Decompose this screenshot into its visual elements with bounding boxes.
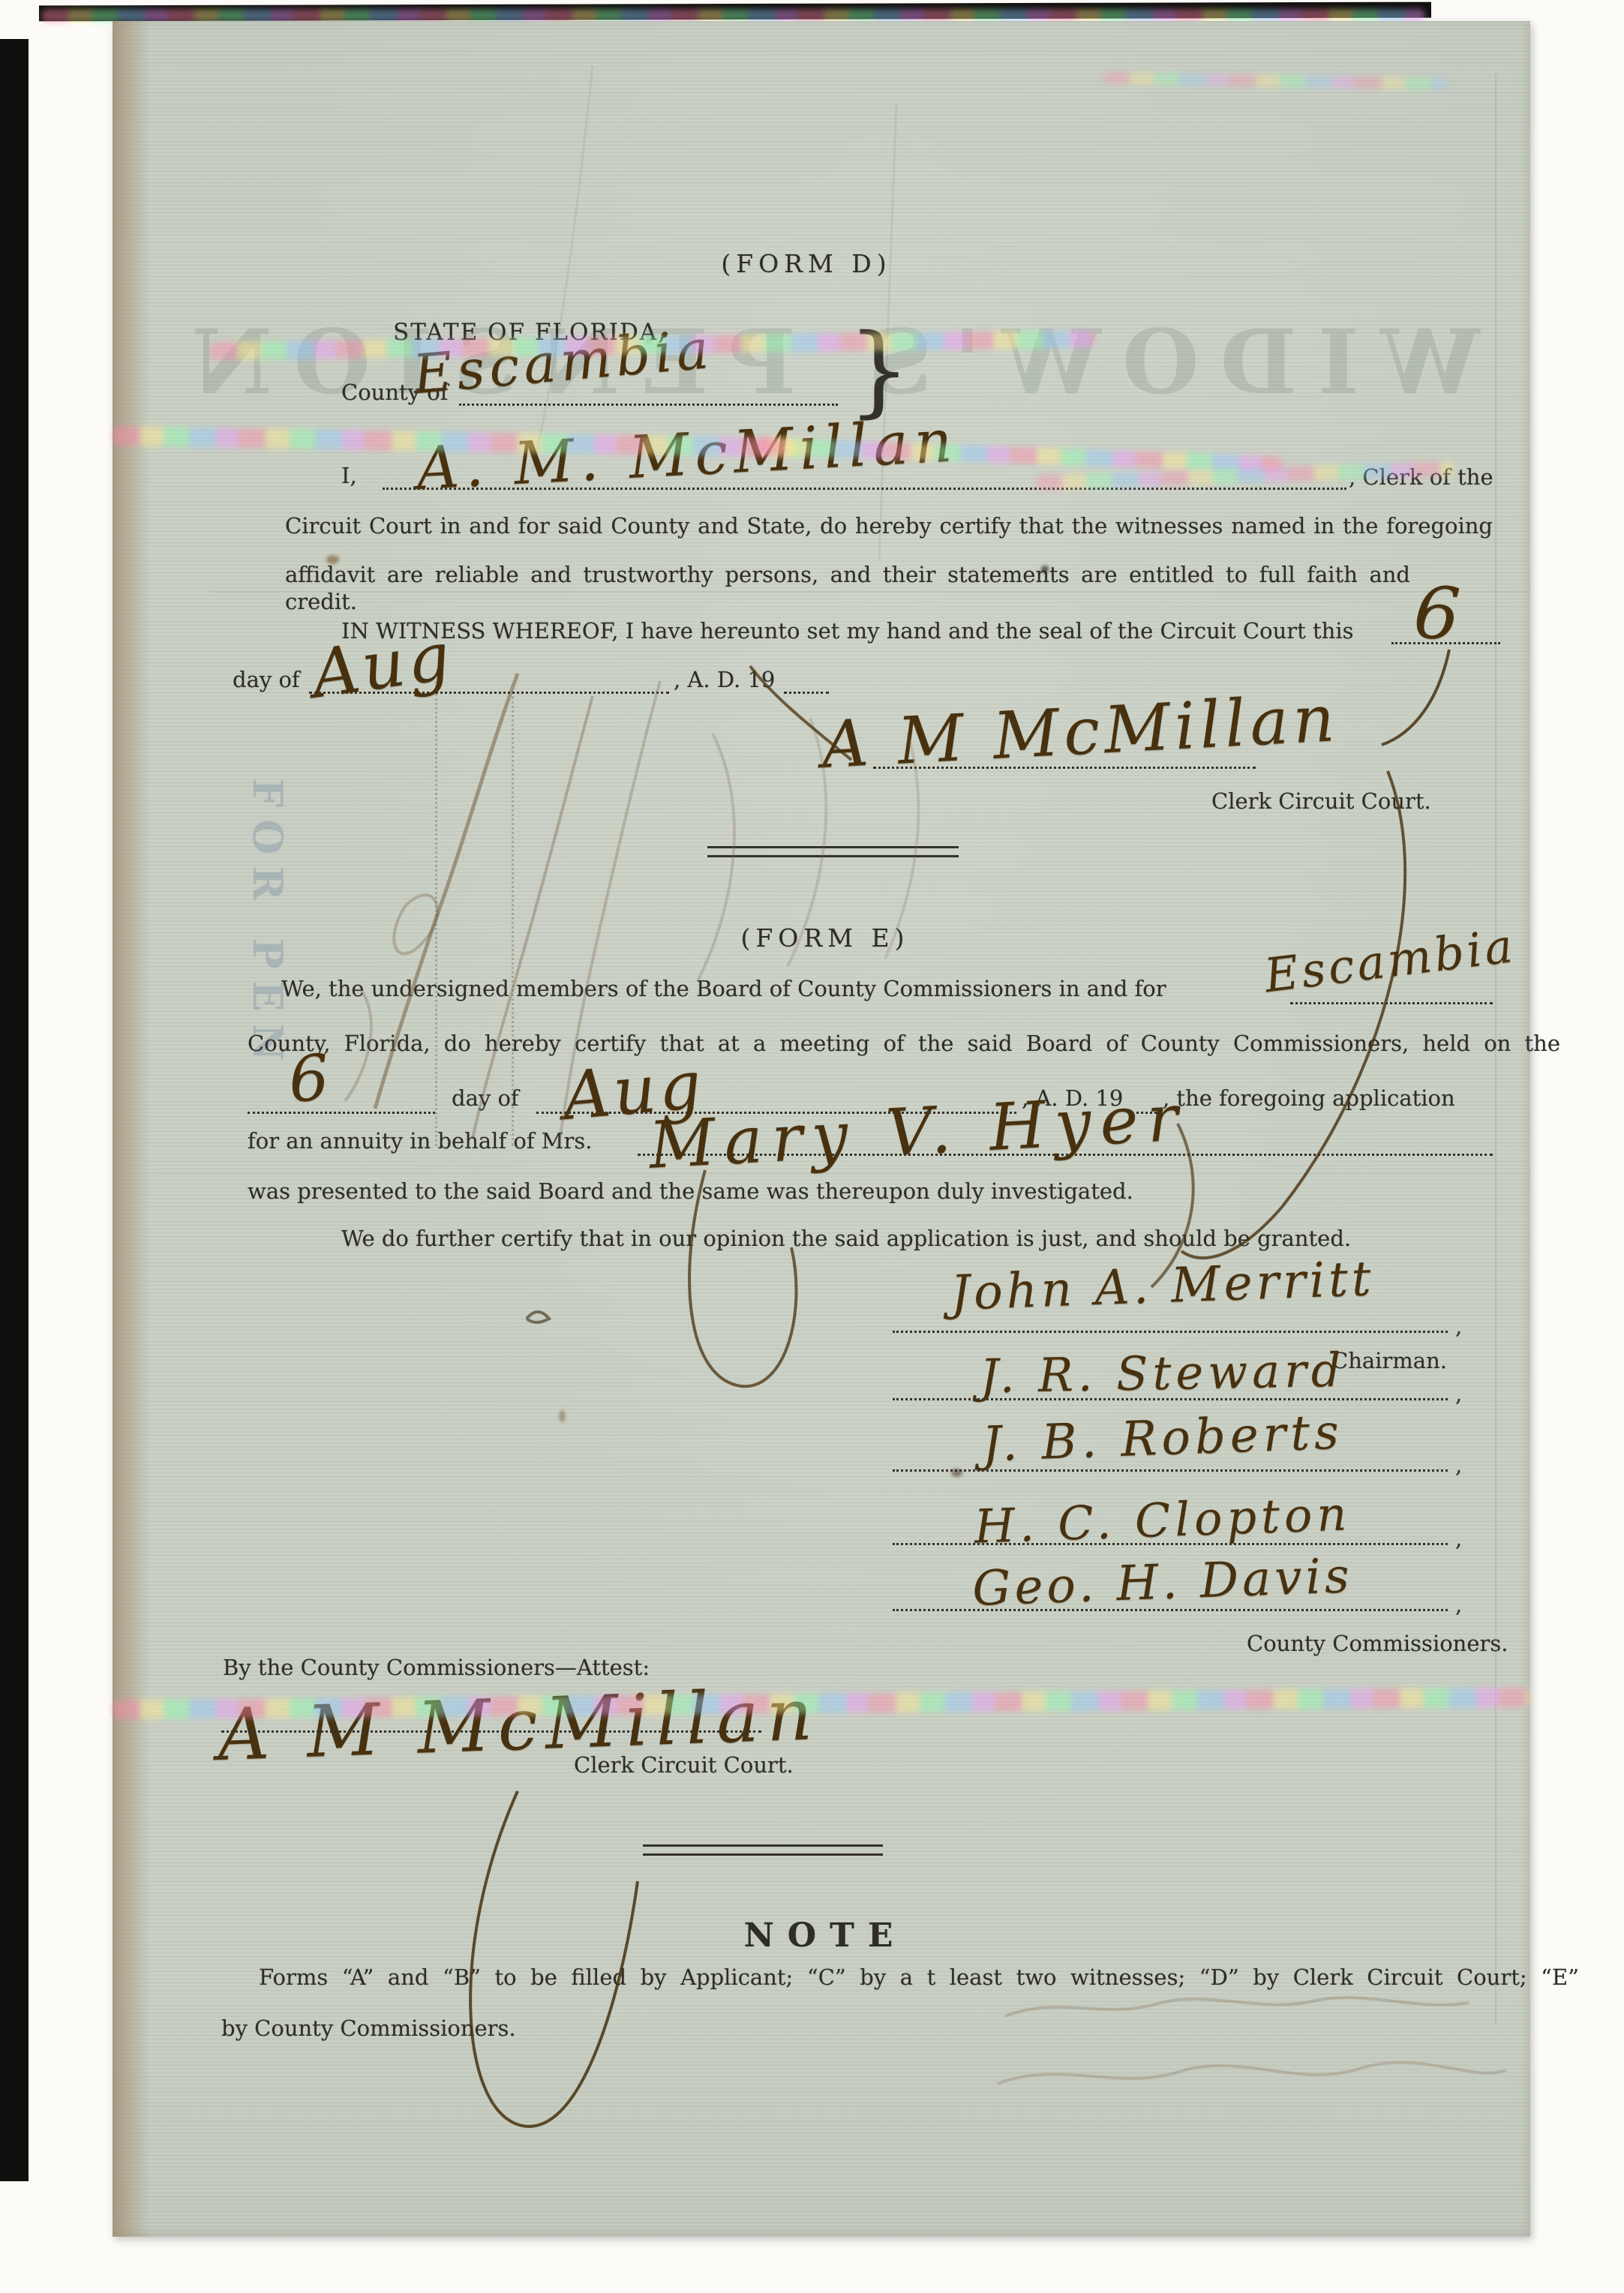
form-e-certify-line: We do further certify that in our opinio… — [341, 1225, 1351, 1252]
form-e-county-handwritten: Escambia — [1262, 923, 1517, 999]
form-e-body-line1: We, the undersigned members of the Board… — [281, 975, 1166, 1002]
form-d-clerk-signature: A M McMillan — [820, 686, 1340, 778]
section-divider — [707, 846, 959, 848]
ink-stain — [560, 1410, 565, 1422]
form-e-annuity-label: for an annuity in behalf of Mrs. — [248, 1127, 592, 1154]
form-d-dayof-label: day of — [233, 666, 300, 693]
form-d-witness-line: IN WITNESS WHEREOF, I have hereunto set … — [341, 617, 1353, 644]
bleedthrough-dotted-line — [512, 696, 515, 1146]
form-d-signature-title: Clerk Circuit Court. — [1211, 788, 1431, 815]
signature-line — [893, 1329, 1448, 1333]
form-e-day-line — [248, 1110, 435, 1114]
form-d-body-line1: Circuit Court in and for said County and… — [285, 512, 1493, 539]
signature-comma: , — [1455, 1313, 1462, 1340]
signature-line — [893, 1397, 1448, 1400]
form-d-month-handwritten: Aug — [308, 623, 457, 707]
form-d-body-line2: affidavit are reliable and trustworthy p… — [285, 561, 1410, 616]
signature-line — [893, 1541, 1448, 1545]
form-d-ad-label: , A. D. 19 — [674, 666, 775, 693]
section-divider — [707, 855, 959, 857]
form-e-foregoing-suffix: , the foregoing application — [1163, 1085, 1455, 1112]
signature-comma: , — [1455, 1451, 1462, 1478]
attest-title: Clerk Circuit Court. — [574, 1751, 794, 1778]
section-divider — [643, 1853, 883, 1856]
form-d-day-handwritten: 6 — [1412, 576, 1463, 651]
form-d-signature-line — [873, 765, 1256, 769]
signature-line — [893, 1468, 1448, 1472]
form-e-county-line — [1290, 1001, 1493, 1004]
form-d-year-line — [784, 690, 829, 694]
form-d-i-label: I, — [341, 462, 357, 489]
commissioner-signature: J. R. Steward — [893, 1346, 1433, 1402]
signature-line — [893, 1607, 1448, 1611]
note-title: NOTE — [698, 1915, 953, 1956]
ink-stain — [951, 1469, 962, 1477]
note-line2: by County Commissioners. — [221, 2015, 516, 2042]
scanned-document: { "document": { "form_d": { "title": "(F… — [0, 0, 1624, 2293]
ink-stain — [1041, 566, 1049, 573]
attest-signature-line — [221, 1729, 761, 1733]
form-e-applicant-handwritten: Mary V. Hyer — [647, 1085, 1188, 1178]
form-e-title: (FORM E) — [694, 923, 956, 953]
rainbow-streak — [1103, 72, 1448, 90]
form-d-county-line — [459, 402, 838, 406]
fold-crease — [158, 1173, 1530, 1175]
note-line1: Forms “A” and “B” to be filled by Applic… — [259, 1964, 1579, 1991]
commissioners-title: County Commissioners. — [1247, 1630, 1508, 1657]
commissioner-signature: Geo. H. Davis — [892, 1549, 1433, 1616]
signature-comma: , — [1455, 1380, 1462, 1407]
scanner-edge-left — [0, 39, 29, 2181]
ink-stain — [326, 555, 339, 564]
form-e-day-handwritten: 6 — [287, 1046, 331, 1112]
form-e-dayof-label: day of — [452, 1085, 519, 1112]
form-e-body-line2: County, Florida, do hereby certify that … — [248, 1030, 1560, 1057]
signature-comma: , — [1455, 1591, 1462, 1618]
attest-label: By the County Commissioners—Attest: — [223, 1654, 650, 1681]
aged-page-edge — [113, 21, 150, 2237]
commissioner-signature: John A. Merritt — [892, 1253, 1433, 1319]
section-divider — [643, 1844, 883, 1847]
signature-comma: , — [1455, 1525, 1462, 1552]
document-page: WIDOW'S PENSION FOR PEN (FORM D) STATE O… — [113, 21, 1530, 2237]
bleedthrough-dotted-line — [435, 681, 438, 1146]
form-d-title: (FORM D) — [675, 248, 938, 279]
form-e-presented-line: was presented to the said Board and the … — [248, 1178, 1133, 1205]
commissioner-signature: J. B. Roberts — [892, 1405, 1433, 1472]
